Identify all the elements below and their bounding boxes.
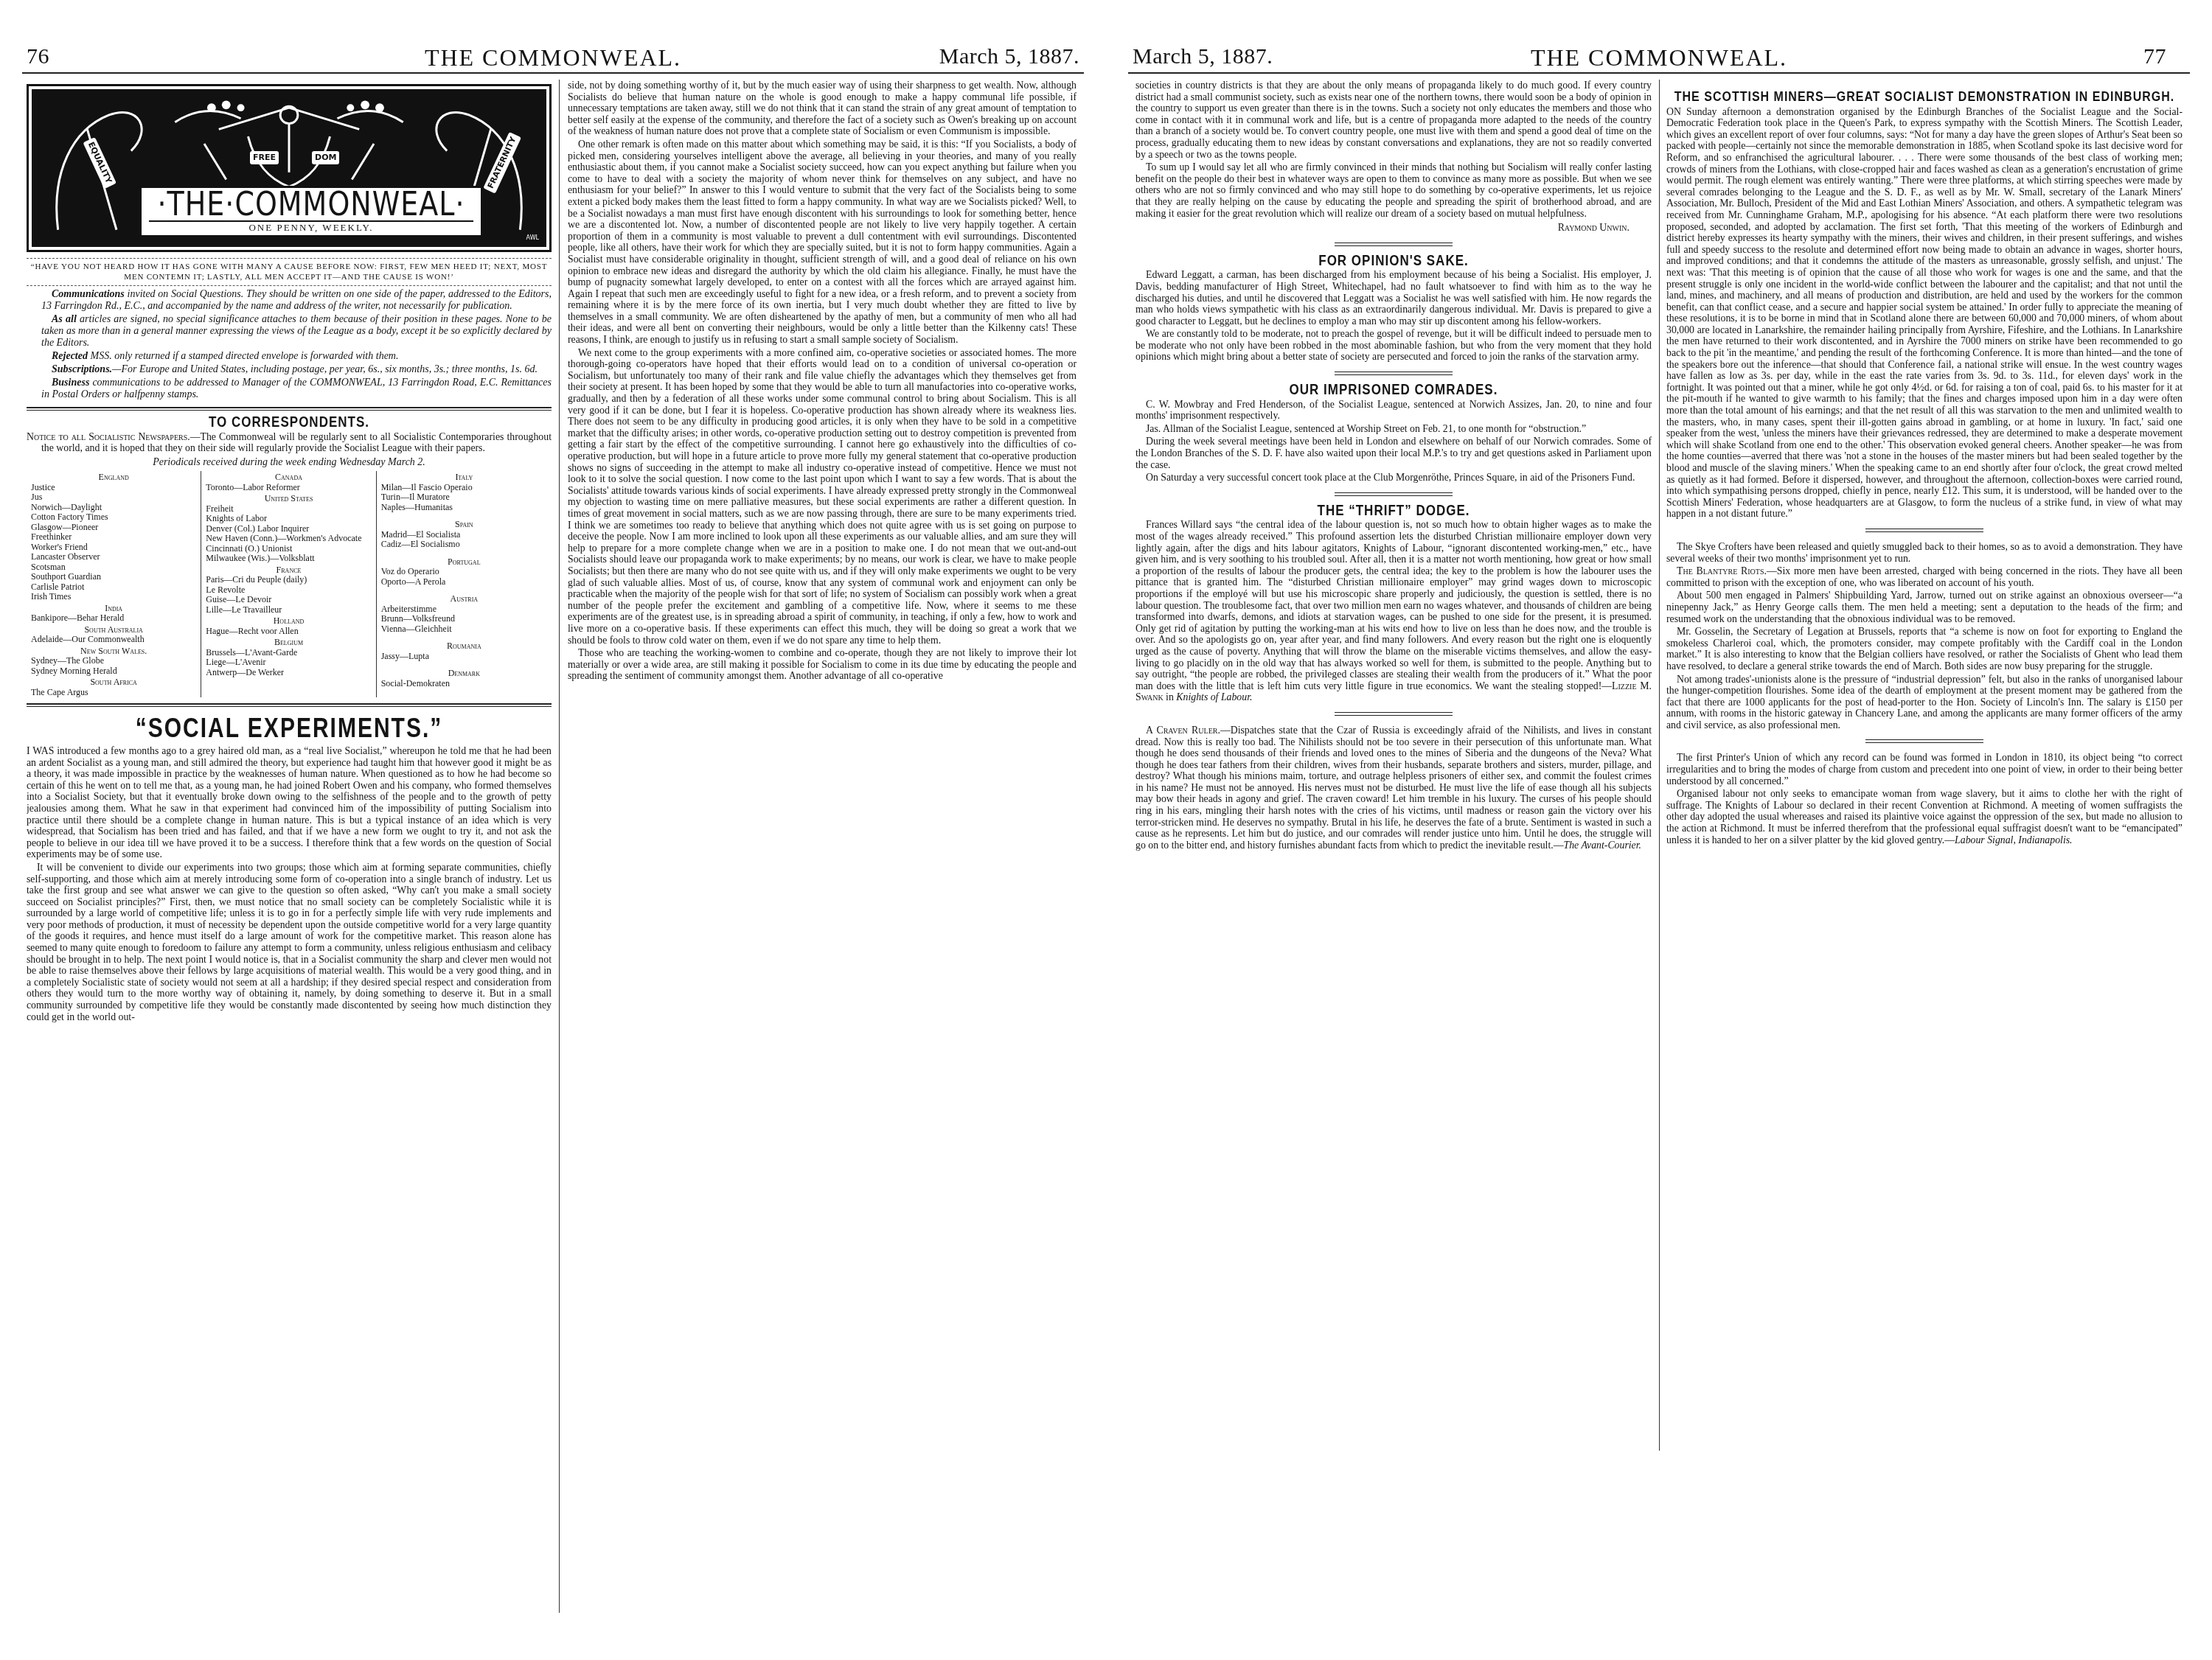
imprisoned-comrades-heading: OUR IMPRISONED COMRADES. [1135,383,1652,397]
article-paragraph: We next come to the group experiments wi… [568,347,1077,646]
news-item: The Blantyre Riots.—Six more men have be… [1666,565,2183,588]
correspondents-notice: Notice to all Socialistic Newspapers.—Th… [27,431,552,454]
periodicals-column: England Justice Jus Norwich—Daylight Cot… [27,471,201,697]
correspondents-heading: TO CORRESPONDENTS. [27,416,552,429]
article-paragraph: On Saturday a very successful concert to… [1135,472,1652,484]
article-paragraph: We are constantly told to be moderate, n… [1135,328,1652,363]
masthead-title-box: ·THE·COMMONWEAL· ONE PENNY, WEEKLY. [139,186,483,237]
paper-title: THE COMMONWEAL. [1128,44,2190,72]
page-77: March 5, 1887. THE COMMONWEAL. 77 societ… [1106,0,2212,1660]
freedom-banner-right: DOM [312,151,339,164]
news-item: Organised labour not only seeks to emanc… [1666,788,2183,845]
periodicals-title: Periodicals received during the week end… [27,457,552,469]
page-76: 76 THE COMMONWEAL. March 5, 1887. [0,0,1106,1660]
column-divider [1659,80,1660,1451]
article-paragraph: Edward Leggatt, a carman, has been disch… [1135,269,1652,327]
article-paragraph: One other remark is often made on this m… [568,139,1077,346]
article-paragraph: During the week several meetings have be… [1135,436,1652,470]
left-column-a: EQUALITY FREE DOM FRATERNITY ·THE·COMMON… [27,80,552,1631]
thrift-dodge-heading: THE “THRIFT” DODGE. [1135,504,1652,517]
article-paragraph: It will be convenient to divide our expe… [27,862,552,1022]
issue-date: March 5, 1887. [939,44,1079,69]
article-paragraph: Jas. Allman of the Socialist League, sen… [1135,423,1652,435]
page-number: 77 [2143,44,2166,69]
article-paragraph: C. W. Mowbray and Fred Henderson, of the… [1135,399,1652,422]
article-paragraph: Frances Willard says “the central idea o… [1135,519,1652,703]
column-divider [559,80,560,1613]
news-item: Not among trades'-unionists alone is the… [1666,674,2183,731]
article-paragraph: side, not by doing something worthy of i… [568,80,1077,137]
article-title-social-experiments: “SOCIAL EXPERIMENTS.” [27,722,552,736]
section-divider [27,407,552,411]
periodicals-list: England Justice Jus Norwich—Daylight Cot… [27,471,552,697]
author-signature: Raymond Unwin. [1135,222,1630,234]
motto: “HAVE YOU NOT HEARD HOW IT HAS GONE WITH… [27,258,552,286]
masthead-title: ·THE·COMMONWEAL· [142,186,481,223]
header-rule [1128,72,2190,74]
article-paragraph: To sum up I would say let all who are fi… [1135,161,1652,219]
notice-subscriptions: Subscriptions.—For Europe and United Sta… [27,364,552,376]
right-column-a: societies in country districts is that t… [1135,80,1652,1631]
scottish-miners-heading: THE SCOTTISH MINERS—GREAT SOCIALIST DEMO… [1666,91,2183,104]
periodicals-column: Italy Milan—Il Fascio Operaio Turin—Il M… [377,471,552,697]
article-paragraph: Those who are teaching the working-women… [568,647,1077,682]
article-paragraph: ON Sunday afternoon a demonstration orga… [1666,106,2183,520]
running-head: 76 THE COMMONWEAL. March 5, 1887. [22,44,1084,74]
periodicals-column: Canada Toronto—Labor Reformer United Sta… [201,471,376,697]
section-divider [1335,372,1453,375]
notice-business: Business communications to be addressed … [27,377,552,401]
right-column-b: THE SCOTTISH MINERS—GREAT SOCIALIST DEMO… [1666,80,2183,1631]
paper-title: THE COMMONWEAL. [22,44,1084,72]
left-column-b: side, not by doing something worthy of i… [568,80,1077,1631]
article-paragraph: I WAS introduced a few months ago to a g… [27,745,552,860]
freedom-banner-left: FREE [250,151,279,164]
notice-signed-articles: As all articles are signed, no special s… [27,314,552,349]
section-divider [1865,739,1983,743]
news-item: The Skye Crofters have been released and… [1666,541,2183,564]
news-item: The first Printer's Union of which any r… [1666,752,2183,787]
header-rule [22,72,1084,74]
section-divider [1335,712,1453,716]
section-divider [1335,243,1453,246]
running-head: March 5, 1887. THE COMMONWEAL. 77 [1128,44,2190,74]
opinions-sake-heading: FOR OPINION'S SAKE. [1135,254,1652,268]
masthead: EQUALITY FREE DOM FRATERNITY ·THE·COMMON… [27,84,552,252]
news-item: Mr. Gosselin, the Secretary of Legation … [1666,626,2183,672]
notice-communications: Communications invited on Social Questio… [27,289,552,313]
artist-mark: AWL [526,232,539,244]
section-divider [1865,529,1983,532]
notice-rejected-mss: Rejected MSS. only returned if a stamped… [27,351,552,363]
news-item: About 500 men engaged in Palmers' Shipbu… [1666,590,2183,624]
section-divider [27,703,552,707]
section-divider [1335,492,1453,496]
craven-ruler-item: A Craven Ruler.—Dispatches state that th… [1135,725,1652,851]
article-paragraph: societies in country districts is that t… [1135,80,1652,160]
